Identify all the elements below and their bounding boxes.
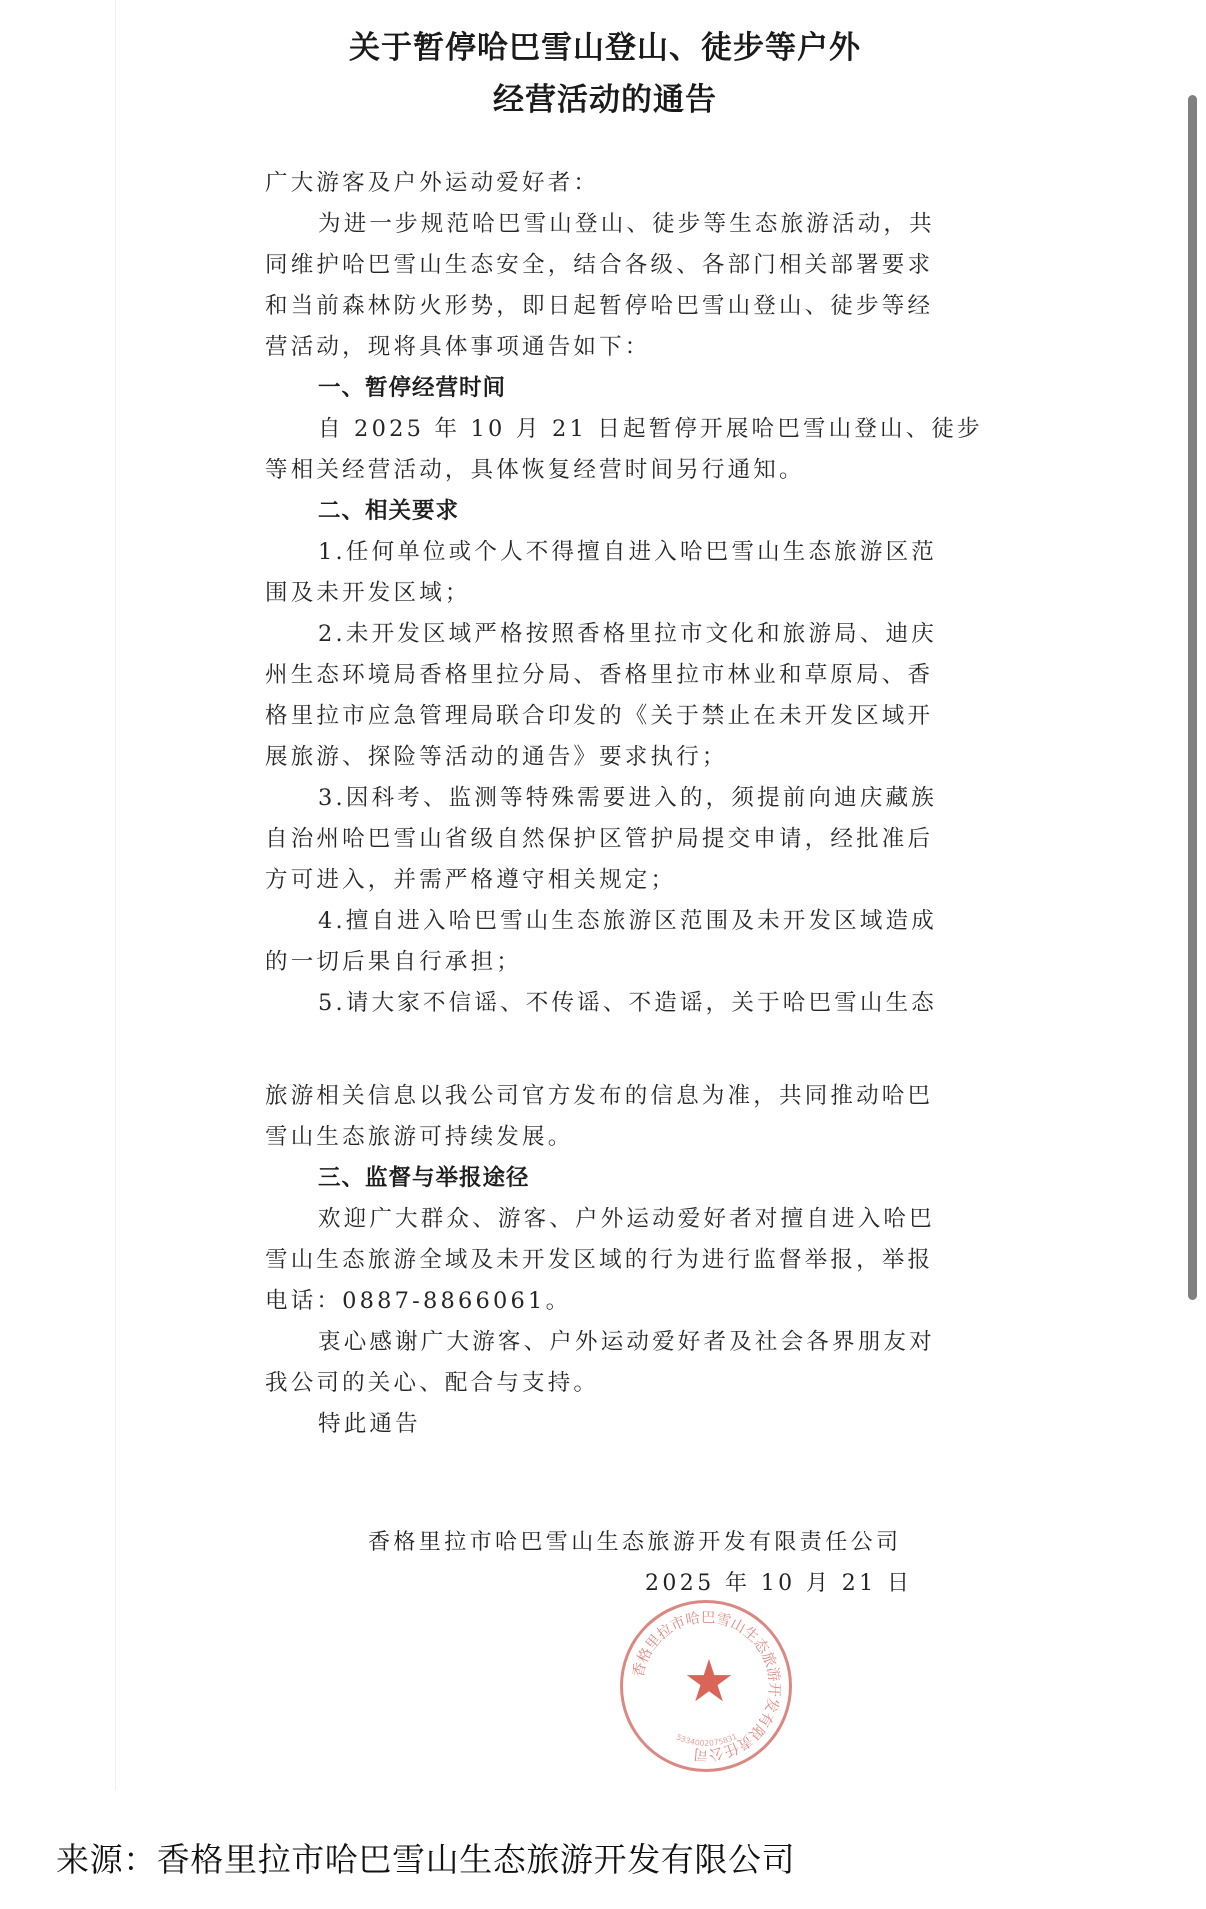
section-heading-3: 三、监督与举报途径 xyxy=(318,1163,998,1193)
salutation: 广大游客及户外运动爱好者： xyxy=(265,168,945,198)
intro-line: 营活动，现将具体事项通告如下： xyxy=(265,332,945,362)
signature-date: 2025 年 10 月 21 日 xyxy=(645,1569,912,1599)
thanks-line: 衷心感谢广大游客、户外运动爱好者及社会各界朋友对 xyxy=(318,1327,998,1357)
official-seal: 香格里拉市哈巴雪山生态旅游开发有限责任公司 5334002075831 ★ xyxy=(620,1600,792,1772)
intro-line: 和当前森林防火形势，即日起暂停哈巴雪山登山、徒步等经 xyxy=(265,291,945,321)
section1-line: 等相关经营活动，具体恢复经营时间另行通知。 xyxy=(265,455,945,485)
requirement-item-5: 雪山生态旅游可持续发展。 xyxy=(265,1122,945,1152)
requirement-item-4: 4.擅自进入哈巴雪山生态旅游区范围及未开发区域造成 xyxy=(318,906,998,936)
requirement-item-3: 自治州哈巴雪山省级自然保护区管护局提交申请，经批准后 xyxy=(265,824,945,854)
section3-line: 雪山生态旅游全域及未开发区域的行为进行监督举报，举报 xyxy=(265,1245,945,1275)
page-edge xyxy=(115,0,116,1790)
requirement-item-5: 5.请大家不信谣、不传谣、不造谣，关于哈巴雪山生态 xyxy=(318,988,998,1018)
requirement-item-1: 1.任何单位或个人不得擅自进入哈巴雪山生态旅游区范 xyxy=(318,537,998,567)
requirement-item-2: 2.未开发区域严格按照香格里拉市文化和旅游局、迪庆 xyxy=(318,619,998,649)
section-heading-2: 二、相关要求 xyxy=(318,496,998,526)
thanks-line: 我公司的关心、配合与支持。 xyxy=(265,1368,945,1398)
title-line-2: 经营活动的通告 xyxy=(265,74,945,126)
document-title: 关于暂停哈巴雪山登山、徒步等户外 经营活动的通告 xyxy=(265,22,945,126)
requirement-item-2: 格里拉市应急管理局联合印发的《关于禁止在未开发区域开 xyxy=(265,701,945,731)
requirement-item-1: 围及未开发区域； xyxy=(265,578,945,608)
requirement-item-5: 旅游相关信息以我公司官方发布的信息为准，共同推动哈巴 xyxy=(265,1081,945,1111)
requirement-item-2: 展旅游、探险等活动的通告》要求执行； xyxy=(265,742,945,772)
vertical-scrollbar[interactable] xyxy=(1188,95,1197,1300)
requirement-item-2: 州生态环境局香格里拉分局、香格里拉市林业和草原局、香 xyxy=(265,660,945,690)
star-icon: ★ xyxy=(681,1653,737,1709)
report-phone: 电话：0887-8866061。 xyxy=(265,1286,945,1316)
intro-line: 为进一步规范哈巴雪山登山、徒步等生态旅游活动，共 xyxy=(318,209,998,239)
intro-line: 同维护哈巴雪山生态安全，结合各级、各部门相关部署要求 xyxy=(265,250,945,280)
requirement-item-3: 3.因科考、监测等特殊需要进入的，须提前向迪庆藏族 xyxy=(318,783,998,813)
source-caption: 来源：香格里拉市哈巴雪山生态旅游开发有限公司 xyxy=(56,1838,795,1882)
signature-company: 香格里拉市哈巴雪山生态旅游开发有限责任公司 xyxy=(368,1528,901,1558)
requirement-item-4: 的一切后果自行承担； xyxy=(265,947,945,977)
closing-text: 特此通告 xyxy=(318,1409,998,1439)
section-heading-1: 一、暂停经营时间 xyxy=(318,373,998,403)
requirement-item-3: 方可进入，并需严格遵守相关规定； xyxy=(265,865,945,895)
section3-line: 欢迎广大群众、游客、户外运动爱好者对擅自进入哈巴 xyxy=(318,1204,998,1234)
title-line-1: 关于暂停哈巴雪山登山、徒步等户外 xyxy=(265,22,945,74)
section1-line: 自 2025 年 10 月 21 日起暂停开展哈巴雪山登山、徒步 xyxy=(318,414,998,444)
